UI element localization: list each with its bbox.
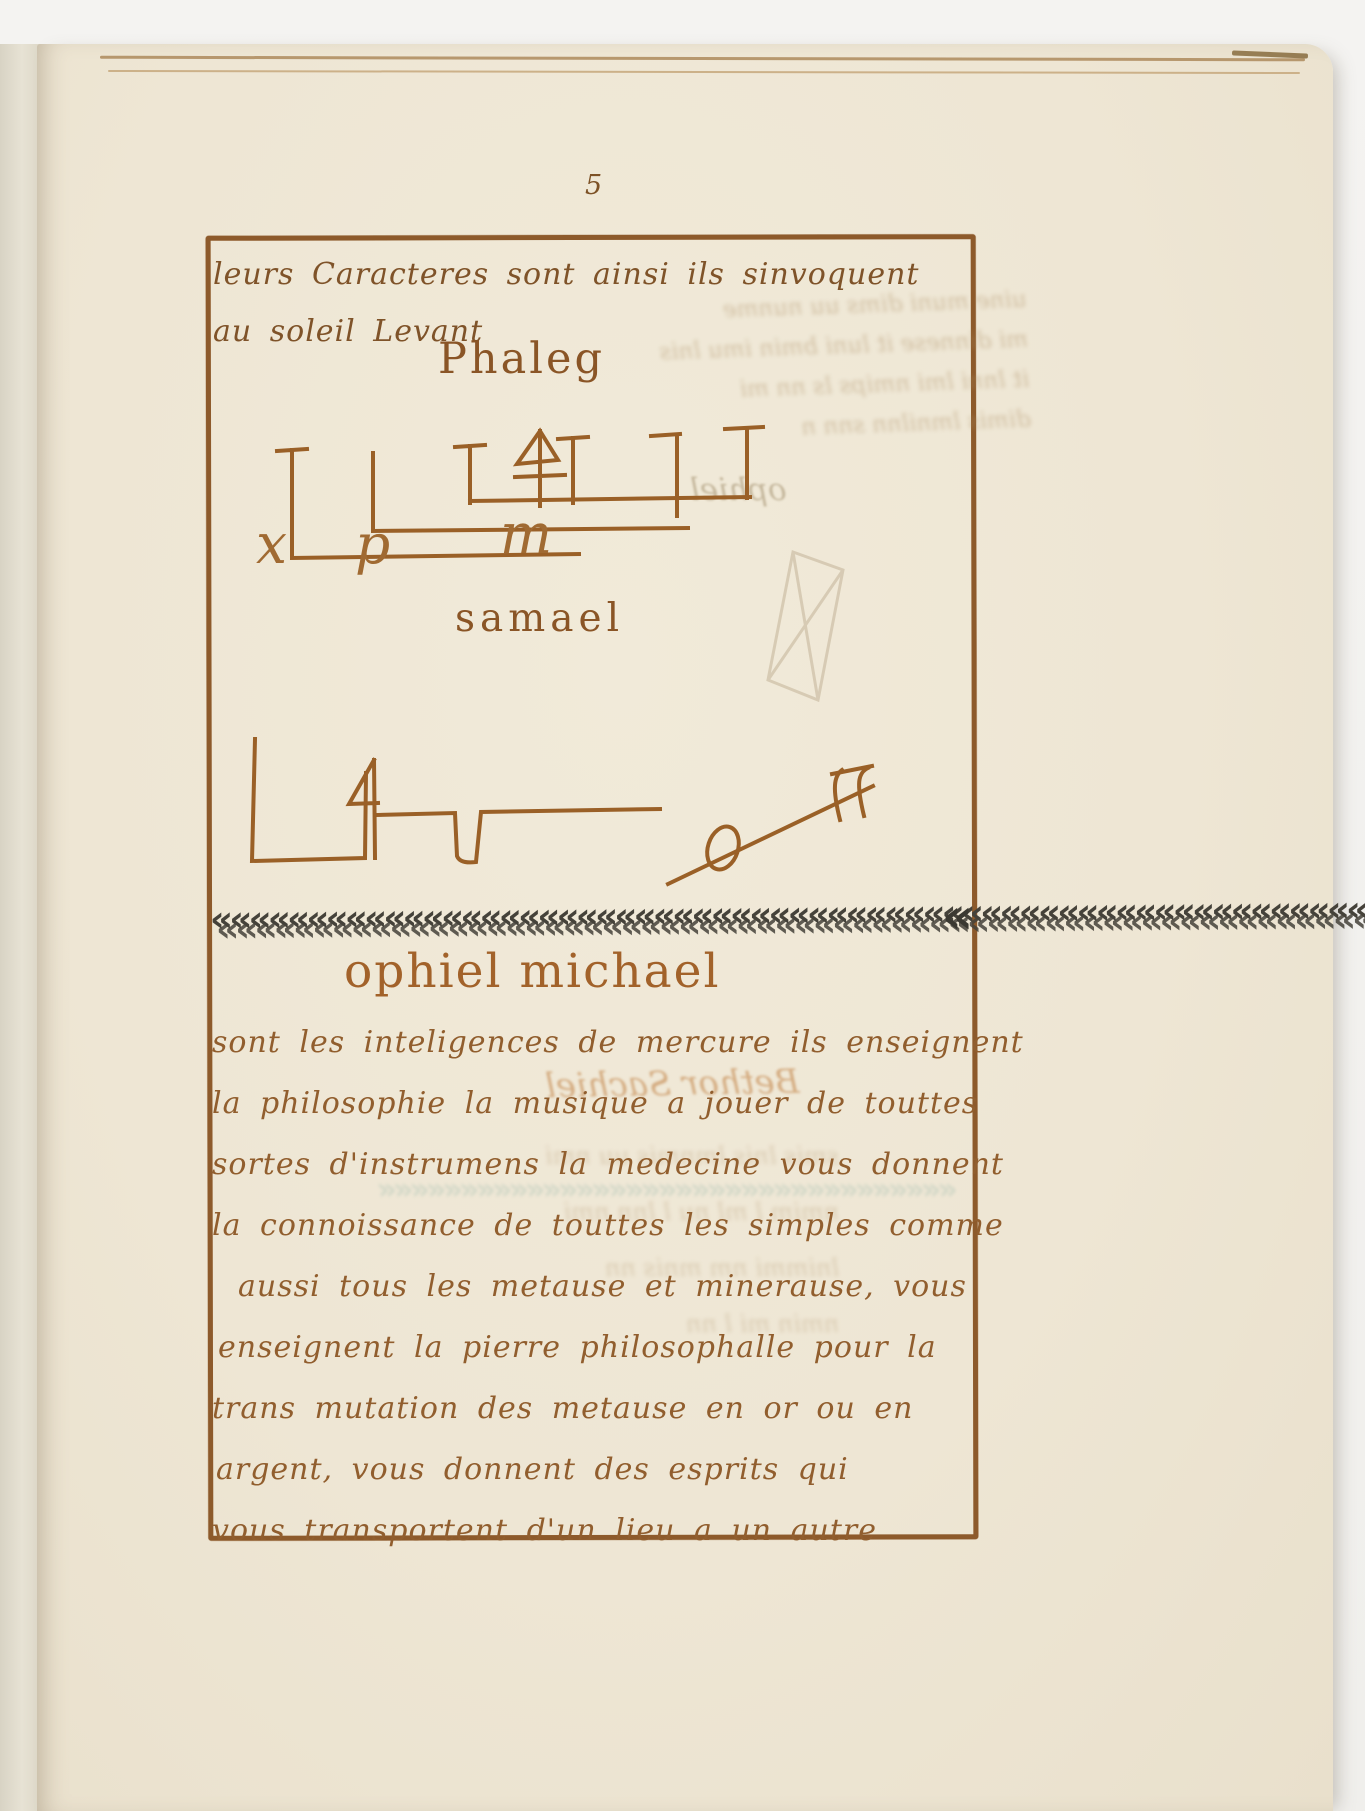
body-line: argent, vous donnent des esprits qui xyxy=(216,1439,1024,1500)
character-glyph: m xyxy=(500,502,552,566)
body-paragraph: sont les inteligences de mercure ils ens… xyxy=(212,1012,1024,1561)
character-glyph: p xyxy=(355,512,390,576)
body-line: trans mutation des metause en or ou en xyxy=(212,1378,1024,1439)
body-line: la philosophie la musique a jouer de tou… xyxy=(212,1073,1024,1134)
body-line: vous transportent d'un lieu a un autre xyxy=(212,1500,1024,1561)
body-line: enseignent la pierre philosophalle pour … xyxy=(218,1317,1024,1378)
samael-sigil xyxy=(228,728,908,898)
ophiel-michael-title: ophiel michael xyxy=(344,944,721,999)
body-line: sortes d'instrumens la medecine vous don… xyxy=(212,1134,1024,1195)
body-line: la connoissance de touttes les simples c… xyxy=(212,1195,1024,1256)
body-line: sont les inteligences de mercure ils ens… xyxy=(212,1012,1024,1073)
page-number: 5 xyxy=(585,170,602,201)
body-line: aussi tous les metause et minerause, vou… xyxy=(238,1256,1024,1317)
chevron-end: « xyxy=(942,889,974,945)
bleed-through-sigil xyxy=(748,540,878,720)
samael-title: samael xyxy=(455,596,624,641)
phaleg-title: Phaleg xyxy=(438,334,605,384)
book-spine-edge xyxy=(0,44,41,1811)
character-glyph: x xyxy=(256,512,287,576)
intro-line: leurs Caracteres sont ainsi ils sinvoque… xyxy=(213,246,919,303)
manuscript-photo: 5 uine muni dims uu nunme mi dinnese it … xyxy=(0,0,1365,1811)
